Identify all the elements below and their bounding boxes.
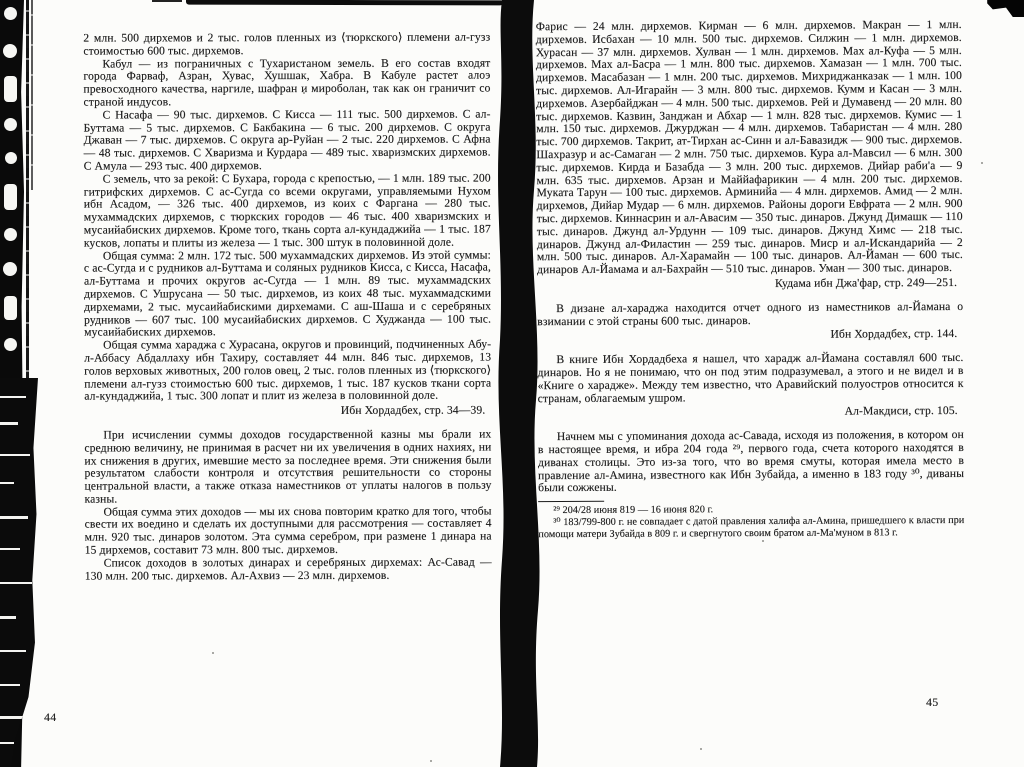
source-attribution: Ал-Макдиси, стр. 105. bbox=[538, 405, 964, 420]
source-attribution: Ибн Хордадбех, стр. 34—39. bbox=[84, 405, 491, 419]
paragraph: При исчислении суммы доходов государстве… bbox=[84, 428, 491, 506]
footnote-separator bbox=[538, 501, 604, 502]
book-scan-spread: 2 млн. 500 дирхемов и 2 тыс. голов пленн… bbox=[0, 0, 1024, 767]
noise-speck bbox=[303, 92, 305, 94]
right-page-number: 45 bbox=[926, 695, 938, 710]
source-attribution: Кудама ибн Джа'фар, стр. 249—251. bbox=[537, 277, 963, 292]
noise-speck bbox=[430, 760, 432, 762]
paragraph: Общая сумма хараджа с Хурасана, округов … bbox=[84, 339, 491, 404]
film-scratch bbox=[31, 0, 33, 190]
left-page-text-column: 2 млн. 500 дирхемов и 2 тыс. голов пленн… bbox=[83, 31, 491, 583]
left-scan-edge-lower bbox=[0, 378, 38, 767]
noise-speck bbox=[981, 162, 983, 164]
paragraph: Список доходов в золотых динарах и сереб… bbox=[85, 556, 492, 583]
paragraph: С Насафа — 90 тыс. дирхемов. С Кисса — 1… bbox=[83, 108, 490, 173]
film-scratch bbox=[26, 0, 29, 382]
paragraph: Общая сумма этих доходов — мы их снова п… bbox=[85, 505, 492, 557]
gutter-shadow bbox=[488, 0, 548, 767]
paragraph: 2 млн. 500 дирхемов и 2 тыс. голов пленн… bbox=[83, 31, 490, 58]
right-page-paragraphs: Фарис — 24 млн. дирхемов. Кирман — 6 млн… bbox=[536, 19, 964, 495]
paragraph: В книге Ибн Хордадбеха я нашел, что хара… bbox=[537, 352, 963, 405]
footnote: ³⁰ 183/799-800 г. не совпадает с датой п… bbox=[538, 515, 964, 541]
left-page-number: 44 bbox=[44, 710, 56, 725]
page-edge-shadow bbox=[186, 0, 504, 5]
noise-speck bbox=[762, 540, 764, 542]
paragraph: С земель, что за рекой: С Бухара, города… bbox=[84, 172, 491, 250]
right-page-footnotes: ²⁹ 204/28 июня 819 — 16 июня 820 г.³⁰ 18… bbox=[538, 503, 964, 542]
paragraph: Кабул — из пограничных с Тухаристаном зе… bbox=[83, 57, 490, 109]
noise-speck bbox=[862, 432, 864, 434]
page-edge-shadow bbox=[152, 0, 182, 2]
paragraph: В дизане ал-хараджа находится отчет одно… bbox=[537, 301, 963, 329]
corner-scan-mark bbox=[984, 0, 1024, 17]
noise-speck bbox=[212, 652, 214, 654]
right-page-text-column: Фарис — 24 млн. дирхемов. Кирман — 6 млн… bbox=[536, 19, 965, 542]
paragraph: Фарис — 24 млн. дирхемов. Кирман — 6 млн… bbox=[536, 19, 963, 277]
paragraph: Начнем мы с упоминания дохода ас-Савада,… bbox=[538, 429, 964, 495]
paragraph: Общая сумма: 2 млн. 172 тыс. 500 мухамма… bbox=[84, 249, 491, 340]
noise-speck bbox=[621, 182, 623, 184]
source-attribution: Ибн Хордадбех, стр. 144. bbox=[537, 328, 963, 343]
noise-speck bbox=[700, 748, 702, 750]
